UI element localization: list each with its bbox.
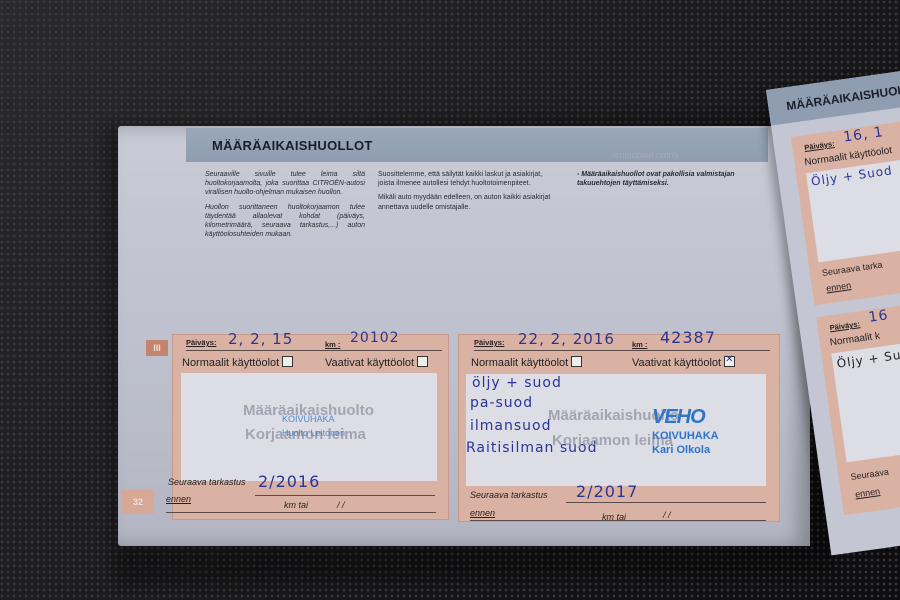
intro-paragraph: Mikäli auto myydään edelleen, on auton k… xyxy=(378,193,553,211)
service-note: ilmansuod xyxy=(470,418,552,434)
date-label: Päiväys: xyxy=(829,319,860,332)
date-label: Päiväys: xyxy=(186,338,216,347)
service-note: pa-suod xyxy=(470,395,533,411)
before-label: ennen xyxy=(854,486,880,499)
before-underline xyxy=(166,512,436,513)
normal-conditions-label: Normaalit käyttöolot xyxy=(471,357,568,369)
date-label: Päiväys: xyxy=(804,139,835,152)
workshop-stamp-sub: Kari Olkola xyxy=(652,444,710,456)
demanding-conditions-label: Vaativat käyttöolot xyxy=(632,357,721,369)
next-check-underline xyxy=(255,495,435,496)
before-label: ennen xyxy=(166,494,191,504)
workshop-stamp-name: KOIVUHAKA xyxy=(282,414,335,424)
right-service-entry-2: Päiväys: 16 Normaalit k Öljy + Su Seuraa… xyxy=(816,299,900,515)
normal-conditions-label: Normaalit käyttöolot xyxy=(182,357,279,369)
before-underline xyxy=(470,520,766,521)
km-or-label: km tai xyxy=(284,500,308,510)
before-label: ennen xyxy=(470,508,495,518)
date-underline xyxy=(474,350,770,351)
normal-conditions: Normaalit käyttöolot xyxy=(471,356,582,369)
normal-conditions-checkbox[interactable] xyxy=(571,356,582,367)
normal-conditions-checkbox[interactable] xyxy=(282,356,293,367)
service-note: öljy + suod xyxy=(472,375,562,391)
demanding-conditions: Vaativat käyttöolot xyxy=(632,356,735,369)
handwritten-date: 16 xyxy=(868,307,890,326)
demanding-conditions-checkbox-checked[interactable] xyxy=(724,356,735,367)
handwritten-next-check: 2/2016 xyxy=(258,472,320,491)
workshop-stamp-name: KOIVUHAKA xyxy=(652,430,719,442)
workshop-stamp-sub: Huolto Leitonen xyxy=(282,428,345,438)
normal-conditions-label: Normaalit k xyxy=(829,331,881,349)
page-number: 32 xyxy=(122,490,154,514)
demanding-conditions-checkbox[interactable] xyxy=(417,356,428,367)
next-check-label: Seuraava tarka xyxy=(821,260,883,278)
date-label: Päiväys: xyxy=(474,338,504,347)
section-tab: III xyxy=(146,340,168,356)
normal-conditions: Normaalit käyttöolot xyxy=(182,356,293,369)
next-check-label: Seuraava xyxy=(850,467,890,482)
warranty-note: - Määräaikaishuollot ovat pakollisia val… xyxy=(577,170,742,188)
before-label: ennen xyxy=(826,280,852,293)
page-title: MÄÄRÄAIKAISHUOLLOT xyxy=(212,138,373,153)
handwritten-next-check: 2/2017 xyxy=(576,482,638,501)
intro-column-3: - Määräaikaishuollot ovat pakollisia val… xyxy=(577,170,742,193)
km-label: km : xyxy=(325,340,340,349)
next-check-label: Seuraava tarkastus xyxy=(168,477,246,487)
handwritten-km: 20102 xyxy=(350,330,400,346)
next-check-underline xyxy=(566,502,766,503)
handwritten-date: 22, 2, 2016 xyxy=(518,330,615,348)
km-label: km : xyxy=(632,340,647,349)
demanding-conditions: Vaativat käyttöolot xyxy=(325,356,428,369)
intro-paragraph: Huollon suorittaneen huoltokorjaamon tul… xyxy=(205,203,365,240)
date-slashes: / / xyxy=(337,500,345,510)
handwritten-date: 2, 2, 15 xyxy=(228,330,293,348)
intro-paragraph: Seuraaville sivuille tulee leima siltä h… xyxy=(205,170,365,198)
demanding-conditions-label: Vaativat käyttöolot xyxy=(325,357,414,369)
date-underline xyxy=(186,350,442,351)
bleed-through-text: ehton naidoolmh xyxy=(612,150,679,160)
date-slashes: / / xyxy=(663,510,671,520)
intro-column-2: Suosittelemme, että säilytät kaikki lask… xyxy=(378,170,553,217)
handwritten-km: 42387 xyxy=(660,328,716,347)
veho-logo-stamp: VEHO xyxy=(652,406,705,429)
right-service-entry-1: Päiväys: 16, 1 Normaalit käyttöolot Öljy… xyxy=(791,119,900,305)
handwritten-date: 16, 1 xyxy=(842,124,884,145)
next-check-label: Seuraava tarkastus xyxy=(470,490,548,500)
intro-paragraph: Suosittelemme, että säilytät kaikki lask… xyxy=(378,170,553,188)
intro-column-1: Seuraaville sivuille tulee leima siltä h… xyxy=(205,170,365,244)
